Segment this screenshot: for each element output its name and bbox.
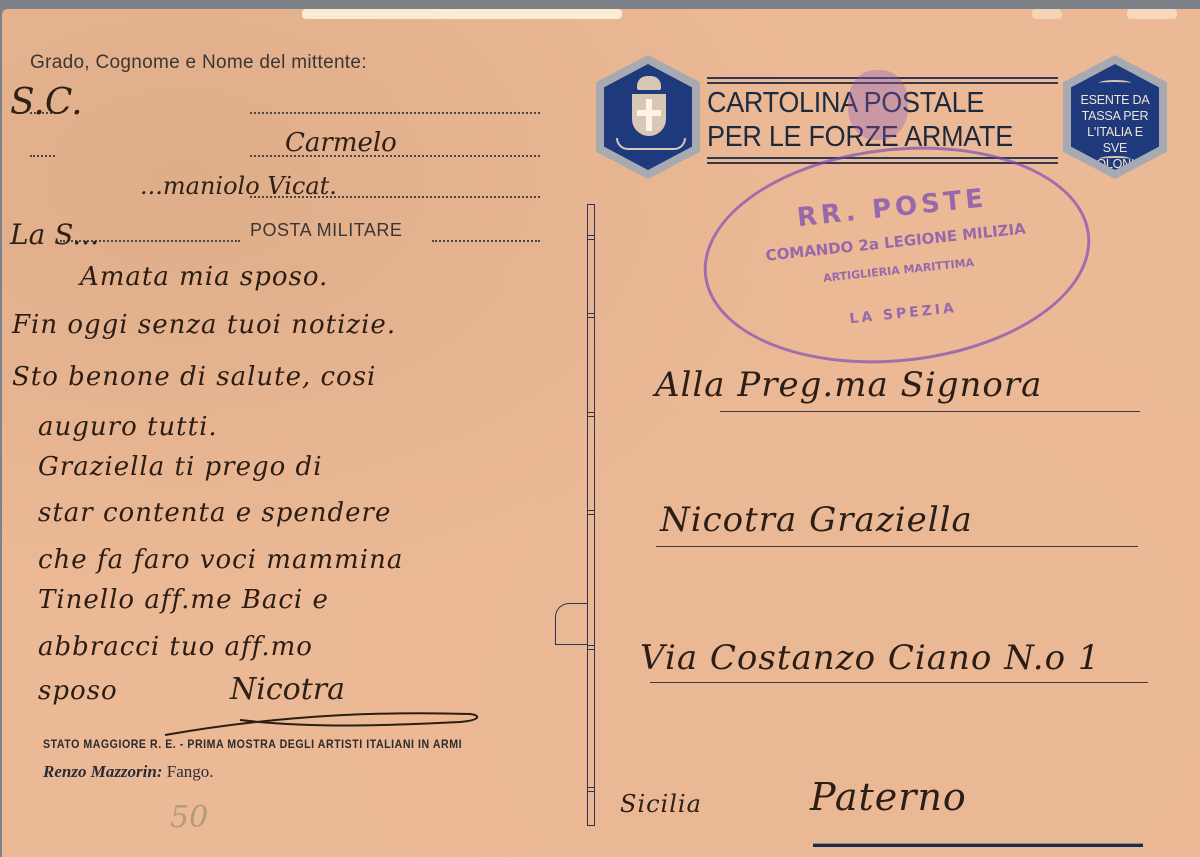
divider-band bbox=[587, 412, 595, 417]
dotted-rule bbox=[250, 112, 540, 114]
crown-icon bbox=[637, 76, 661, 90]
divider-band bbox=[587, 235, 595, 240]
address-recipient: Nicotra Graziella bbox=[660, 500, 973, 540]
badge-line: ESENTE DA bbox=[1075, 92, 1155, 108]
message-line: Amata mia sposo. bbox=[80, 262, 328, 292]
savoy-cross-icon bbox=[632, 94, 666, 136]
address-rule bbox=[656, 546, 1138, 547]
stamp-blot bbox=[848, 70, 908, 140]
sender-surname: Carmelo bbox=[285, 128, 397, 158]
sender-location: La S... bbox=[10, 218, 99, 251]
message-line: auguro tutti. bbox=[38, 412, 218, 442]
credit-line: STATO MAGGIORE R. E. - PRIMA MOSTRA DEGL… bbox=[43, 739, 462, 751]
title-line-1: CARTOLINA POSTALE bbox=[707, 87, 984, 120]
sender-unit: ...maniolo Vicat. bbox=[140, 172, 337, 200]
message-line: che fa faro voci mammina bbox=[38, 545, 403, 575]
message-line: star contenta e spendere bbox=[38, 498, 391, 528]
divider-band bbox=[587, 787, 595, 792]
message-line: sposo bbox=[38, 676, 118, 706]
address-street: Via Costanzo Ciano N.o 1 bbox=[640, 638, 1101, 678]
divider-band bbox=[587, 313, 595, 318]
dotted-rule bbox=[30, 155, 55, 157]
emblem-field bbox=[604, 64, 692, 170]
address-salutation: Alla Preg.ma Signora bbox=[655, 365, 1042, 405]
address-region: Sicilia bbox=[620, 790, 702, 818]
divider-band bbox=[587, 510, 595, 515]
artist-name: Renzo Mazzorin: bbox=[43, 762, 163, 781]
message-line: Graziella ti prego di bbox=[38, 452, 323, 482]
pencil-note: 50 bbox=[170, 800, 208, 835]
posta-militare-label: POSTA MILITARE bbox=[250, 220, 402, 241]
ribbon-icon bbox=[616, 138, 686, 150]
artwork-credit: Renzo Mazzorin: Fango. bbox=[43, 762, 214, 782]
address-city: Paterno bbox=[810, 775, 967, 819]
ornament-icon bbox=[1099, 156, 1131, 162]
address-rule bbox=[720, 411, 1140, 412]
badge-line: L'ITALIA E bbox=[1075, 124, 1155, 140]
address-rule bbox=[650, 682, 1148, 683]
divider-notch bbox=[555, 603, 588, 645]
ornament-icon bbox=[1099, 80, 1131, 86]
scan-glare bbox=[1032, 9, 1062, 19]
dotted-rule bbox=[432, 240, 540, 242]
message-line: Sto benone di salute, cosi bbox=[12, 362, 376, 392]
artwork-title: Fango. bbox=[167, 762, 214, 781]
divider-band bbox=[587, 645, 595, 650]
signature-flourish bbox=[160, 700, 490, 740]
scan-glare bbox=[302, 9, 622, 19]
scan-glare bbox=[1127, 9, 1177, 19]
vertical-divider bbox=[587, 204, 595, 826]
sender-rank: S.C. bbox=[10, 82, 83, 123]
badge-line: TASSA PER bbox=[1075, 108, 1155, 124]
address-rule bbox=[813, 843, 1143, 847]
badge-field: ESENTE DA TASSA PER L'ITALIA E SVE COLON… bbox=[1071, 64, 1159, 170]
message-line: Fin oggi senza tuoi notizie. bbox=[12, 310, 396, 340]
message-line: Tinello aff.me Baci e bbox=[38, 585, 329, 615]
message-line: abbracci tuo aff.mo bbox=[38, 632, 313, 662]
sender-label: Grado, Cognome e Nome del mittente: bbox=[30, 52, 367, 74]
